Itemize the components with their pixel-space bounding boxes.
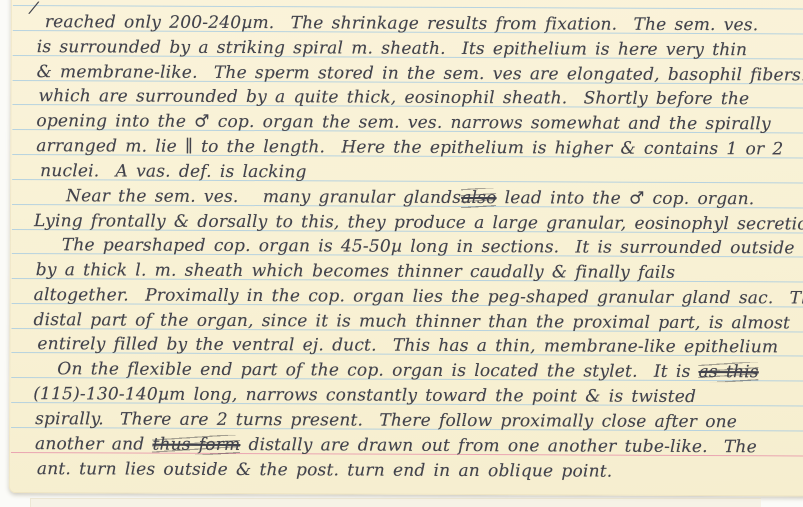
under-card-edge <box>30 498 761 507</box>
handwritten-line: opening into the ♂ cop. organ the sem. v… <box>36 109 771 136</box>
handwritten-line: entirely filled by the ventral ej. duct.… <box>37 332 778 359</box>
handwritten-line: & membrane-like. The sperm stored in the… <box>37 60 803 87</box>
ruled-line <box>13 5 803 9</box>
line-text: (115)-130-140µm long, narrows constantly… <box>33 384 696 407</box>
handwritten-line: Near the sem. ves. many granular glandsa… <box>66 184 754 211</box>
handwritten-line: (115)-130-140µm long, narrows constantly… <box>33 382 696 409</box>
page-background: it / reached only 200-240µm. The shrinka… <box>0 0 803 507</box>
handwritten-line: arranged m. lie ∥ to the length. Here th… <box>36 134 783 161</box>
handwritten-line: which are surrounded by a quite thick, e… <box>38 84 749 111</box>
line-text: arranged m. lie ∥ to the length. Here th… <box>36 136 783 159</box>
line-text: is surrounded by a striking spiral m. sh… <box>37 37 748 60</box>
handwritten-line: distal part of the organ, since it is mu… <box>33 308 790 335</box>
line-text: entirely filled by the ventral ej. duct.… <box>37 334 778 357</box>
line-text: another and <box>35 434 153 455</box>
handwritten-line: another and thus form distally are drawn… <box>35 432 757 459</box>
line-text: The pearshaped cop. organ is 45-50µ long… <box>62 235 795 258</box>
line-text: which are surrounded by a quite thick, e… <box>38 86 749 109</box>
line-text: distally are drawn out from one another … <box>240 435 757 457</box>
line-text: & membrane-like. The sperm stored in the… <box>37 62 803 85</box>
strikethrough-text: as this <box>699 362 759 382</box>
insertion-caret: / <box>29 0 39 18</box>
handwritten-line: is surrounded by a striking spiral m. sh… <box>37 35 748 62</box>
handwritten-line: Lying frontally & dorsally to this, they… <box>34 209 803 236</box>
handwritten-line: On the flexible end part of the cop. org… <box>57 357 759 384</box>
line-text: reached only 200-240µm. The shrinkage re… <box>45 12 759 35</box>
line-text: by a thick l. m. sheath which becomes th… <box>36 260 675 283</box>
strikethrough-text: thus form <box>152 435 240 455</box>
line-text: opening into the ♂ cop. organ the sem. v… <box>36 111 771 134</box>
line-text: lead into the ♂ cop. organ. <box>497 188 755 209</box>
line-text: spirally. There are 2 turns present. The… <box>35 409 737 432</box>
strikethrough-text: also <box>461 188 496 208</box>
handwritten-line: The pearshaped cop. organ is 45-50µ long… <box>62 233 795 260</box>
handwritten-line: by a thick l. m. sheath which becomes th… <box>36 258 675 285</box>
line-text: Near the sem. ves. many granular glands <box>66 186 461 208</box>
index-card: it / reached only 200-240µm. The shrinka… <box>9 0 803 496</box>
handwritten-line: reached only 200-240µm. The shrinkage re… <box>45 10 759 37</box>
line-text: nuclei. A vas. def. is lacking <box>40 161 306 182</box>
line-text: On the flexible end part of the cop. org… <box>57 359 698 382</box>
handwritten-line: spirally. There are 2 turns present. The… <box>35 407 737 434</box>
handwritten-line: altogether. Proximally in the cop. organ… <box>34 283 803 310</box>
handwritten-line: nuclei. A vas. def. is lacking <box>40 159 306 184</box>
line-text: Lying frontally & dorsally to this, they… <box>34 211 803 234</box>
line-text: ant. turn lies outside & the post. turn … <box>37 459 613 482</box>
line-text: altogether. Proximally in the cop. organ… <box>34 285 803 308</box>
handwritten-line: ant. turn lies outside & the post. turn … <box>37 457 613 484</box>
line-text: distal part of the organ, since it is mu… <box>33 310 790 333</box>
